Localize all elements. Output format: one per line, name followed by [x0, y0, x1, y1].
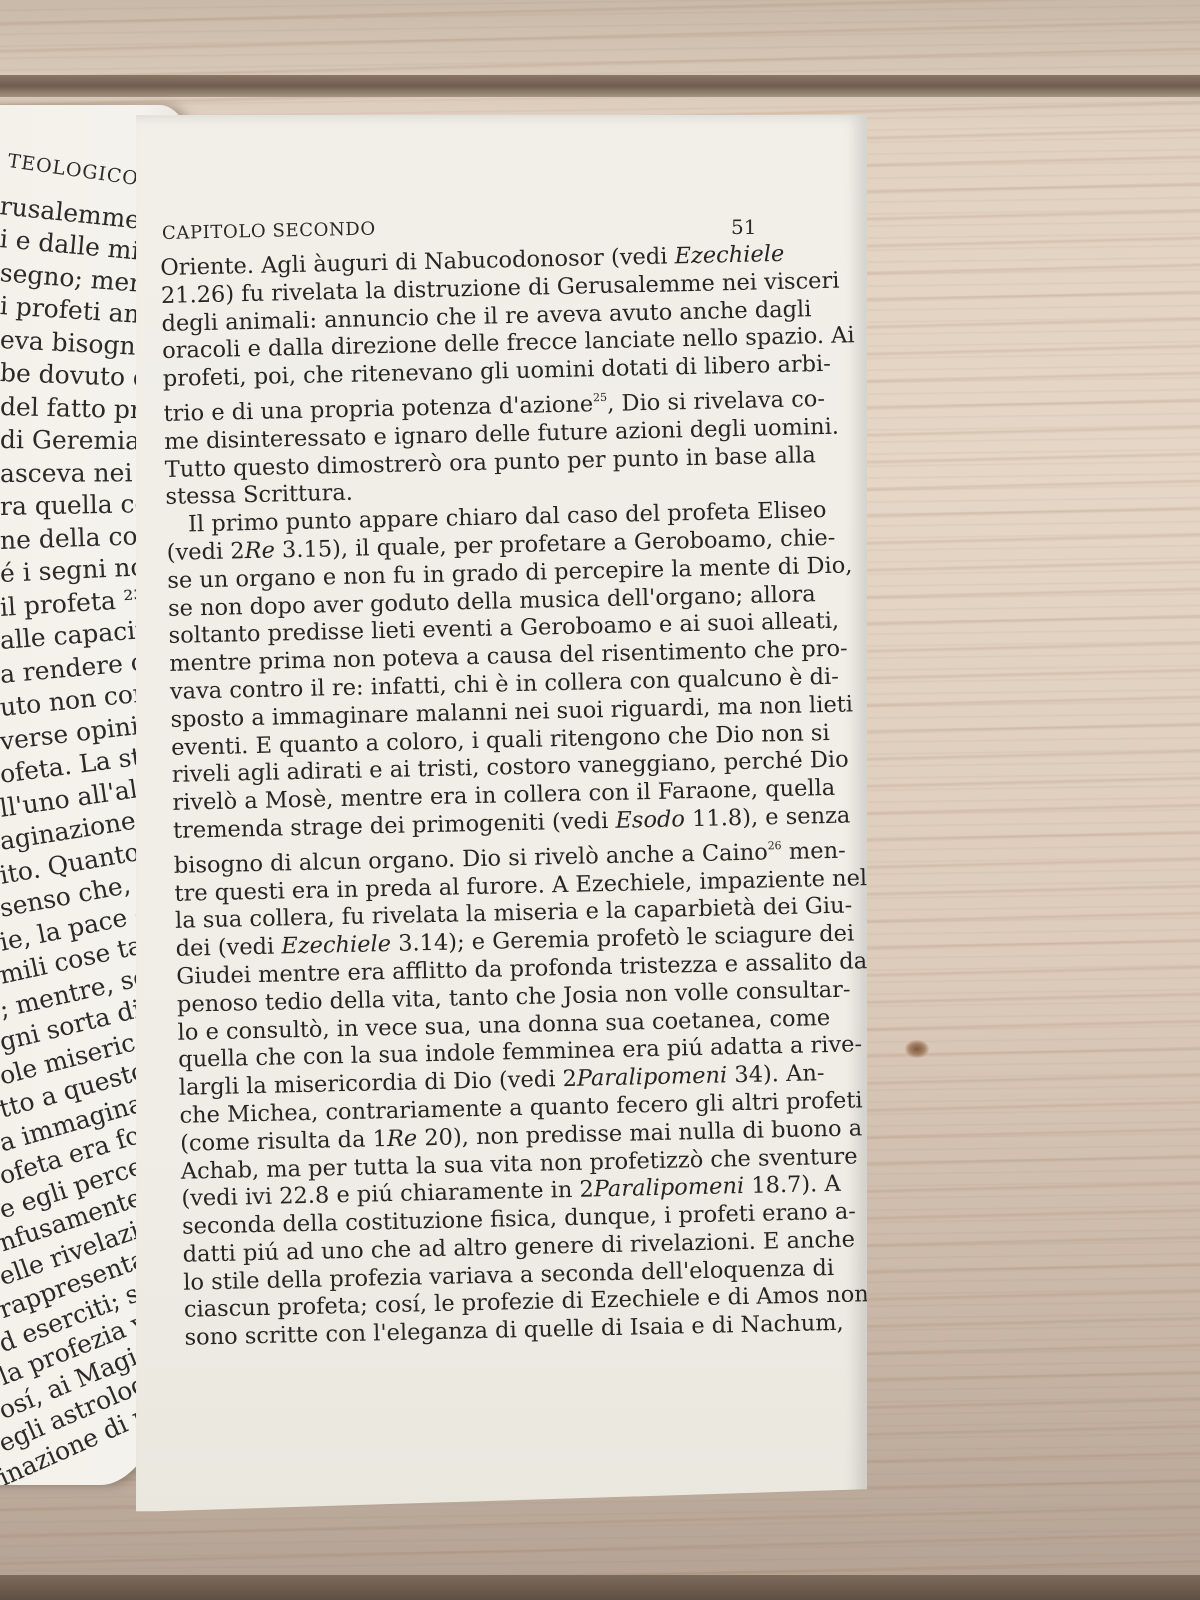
- wood-knot: [905, 1040, 929, 1058]
- page-number: 51: [731, 215, 756, 239]
- wood-board-seam: [0, 75, 1200, 97]
- running-head: CAPITOLO SECONDO: [162, 219, 376, 244]
- body-text: Oriente. Agli àuguri di Nabucodonosor (v…: [160, 242, 780, 1353]
- wood-board-edge: [0, 1575, 1200, 1600]
- right-page: CAPITOLO SECONDO 51 Oriente. Agli àuguri…: [136, 115, 867, 1577]
